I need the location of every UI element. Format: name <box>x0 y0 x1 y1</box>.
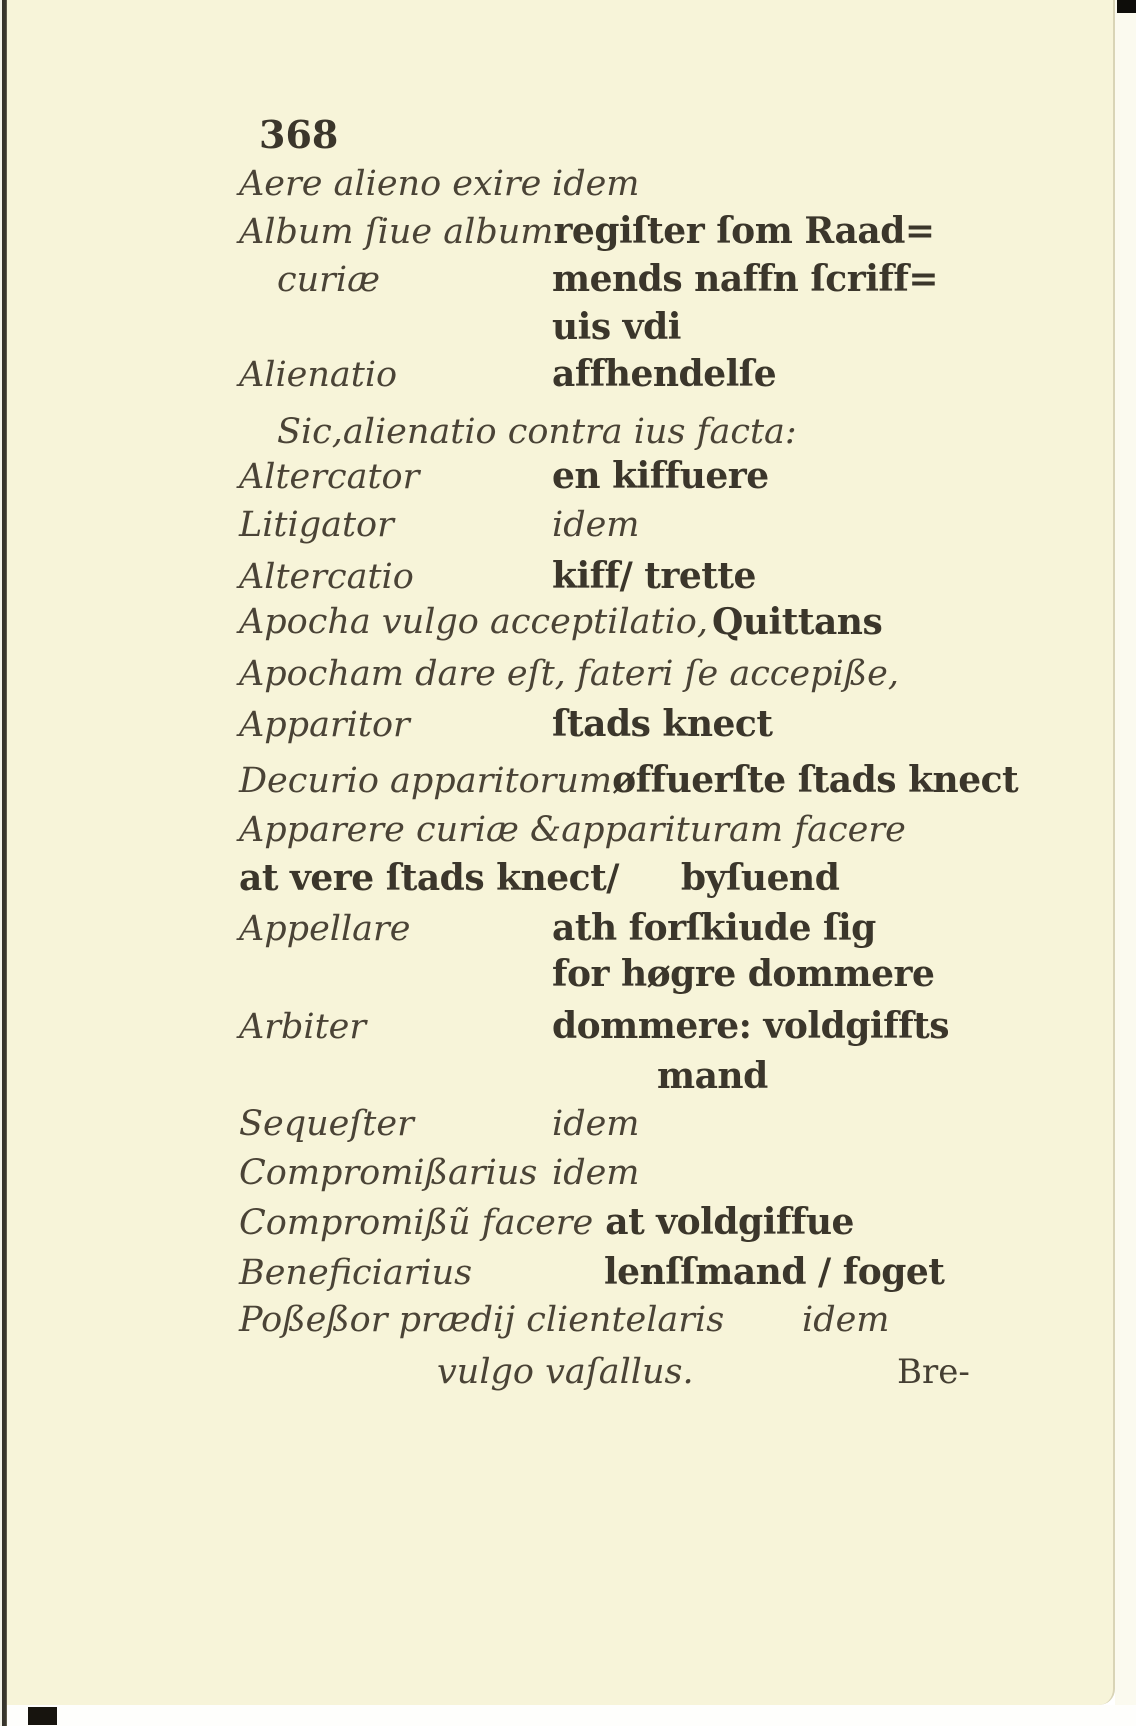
latin-phrase: Poßeßor prædij clientelaris <box>239 1300 724 1340</box>
scan-right-margin <box>1115 0 1136 1705</box>
glossary-row: Apparitor ſtads knect <box>239 704 959 745</box>
glossary-row: Compromißarius idem <box>239 1153 959 1193</box>
latin-term: Album ſiue album <box>239 212 553 252</box>
latin-term: Apparere curiæ & <box>239 810 561 850</box>
latin-phrase: Apocha vulgo acceptilatio, <box>239 602 708 642</box>
latin-term: Arbiter <box>239 1007 552 1047</box>
glossary-row: vulgo vaſallus. Bre- <box>239 1352 959 1392</box>
translation: idem <box>552 505 640 545</box>
translation: Quittans <box>712 602 882 642</box>
glossary-row: Alienatio affhendelſe <box>239 354 959 395</box>
glossary-row: Sequeſter idem <box>239 1104 959 1144</box>
latin-term: Appellare <box>239 909 552 949</box>
latin-term: Alienatio <box>239 355 552 395</box>
translation: uis vdi <box>552 307 681 347</box>
translation: ſtads knect <box>552 704 772 744</box>
translation: idem <box>802 1300 890 1340</box>
translation: idem <box>552 1104 640 1144</box>
glossary-row: Poßeßor prædij clientelaris idem <box>239 1300 959 1340</box>
page-number: 368 <box>259 112 338 157</box>
glossary-row: Aere alieno exire idem <box>239 164 959 204</box>
latin-term: Altercatio <box>239 557 552 597</box>
latin-phrase: Sic,alienatio contra ius facta: <box>239 412 797 452</box>
scan-artifact-bottom-left <box>28 1707 57 1725</box>
translation: apparituram facere <box>561 810 906 850</box>
glossary-row: Litigator idem <box>239 505 959 545</box>
glossary-row: Apocha vulgo acceptilatio, Quittans <box>239 602 959 642</box>
latin-term: Apparitor <box>239 705 552 745</box>
catchword: Bre- <box>897 1352 970 1392</box>
translation: idem <box>552 1153 640 1193</box>
glossary-row: Sic,alienatio contra ius facta: <box>239 412 959 452</box>
translation: en kiffuere <box>552 456 769 496</box>
glossary-row: Altercator en kiffuere <box>239 456 959 497</box>
latin-term: curiæ <box>239 260 552 300</box>
latin-term: Decurio apparitorum <box>239 761 612 801</box>
latin-term: Beneficiarius <box>239 1253 552 1293</box>
scan-artifact-top-right <box>1117 0 1136 13</box>
glossary-row: at vere ſtads knect/ byſuend <box>239 858 959 898</box>
latin-term: Compromißarius <box>239 1153 552 1193</box>
glossary-row: Decurio apparitorum øffuerſte ſtads knec… <box>239 760 959 801</box>
translation: idem <box>552 164 640 204</box>
latin-term: Compromißũ facere <box>239 1203 593 1243</box>
translation: lenſſmand / foget <box>552 1252 944 1292</box>
translation: for høgre dommere <box>552 954 934 994</box>
latin-term: Litigator <box>239 505 552 545</box>
translation: øffuerſte ſtads knect <box>612 760 1018 800</box>
latin-phrase: Apocham dare eſt, fateri ſe accepiße, <box>239 654 899 694</box>
glossary-row: Beneficiarius lenſſmand / foget <box>239 1252 959 1293</box>
latin-term: Aere alieno exire <box>239 164 552 204</box>
glossary-row: Album ſiue album regiſter ſom Raad= <box>239 211 959 252</box>
latin-term: Sequeſter <box>239 1104 552 1144</box>
glossary-row: uis vdi <box>239 307 959 347</box>
translation: affhendelſe <box>552 354 776 394</box>
glossary-row: Apocham dare eſt, fateri ſe accepiße, <box>239 654 959 694</box>
glossary-row: Altercatio kiff/ trette <box>239 556 959 597</box>
translation: mends naffn ſcriff= <box>552 259 938 299</box>
translation: dommere: voldgiffts <box>552 1006 949 1046</box>
glossary-row: Appellare ath forſkiude ſig <box>239 908 959 949</box>
book-page: 368 Aere alieno exire idem Album ſiue al… <box>7 0 1115 1705</box>
translation: at voldgiffue <box>593 1202 854 1242</box>
latin-phrase: vulgo vaſallus. <box>239 1352 694 1392</box>
translation: ath forſkiude ſig <box>552 908 876 948</box>
translation: regiſter ſom Raad= <box>553 211 934 251</box>
latin-term: Altercator <box>239 457 552 497</box>
danish-continuation: at vere ſtads knect/ <box>239 858 619 898</box>
translation: byſuend <box>619 858 840 898</box>
glossary-row: Compromißũ facere at voldgiffue <box>239 1202 959 1243</box>
glossary-row: mand <box>239 1056 959 1096</box>
glossary-row: curiæ mends naffn ſcriff= <box>239 259 959 300</box>
glossary-row: Apparere curiæ & apparituram facere <box>239 810 959 850</box>
glossary-row: Arbiter dommere: voldgiffts <box>239 1006 959 1047</box>
scan-bottom-margin <box>7 1705 1136 1726</box>
translation: kiff/ trette <box>552 556 756 596</box>
glossary-row: for høgre dommere <box>239 954 959 994</box>
translation: mand <box>552 1056 768 1096</box>
